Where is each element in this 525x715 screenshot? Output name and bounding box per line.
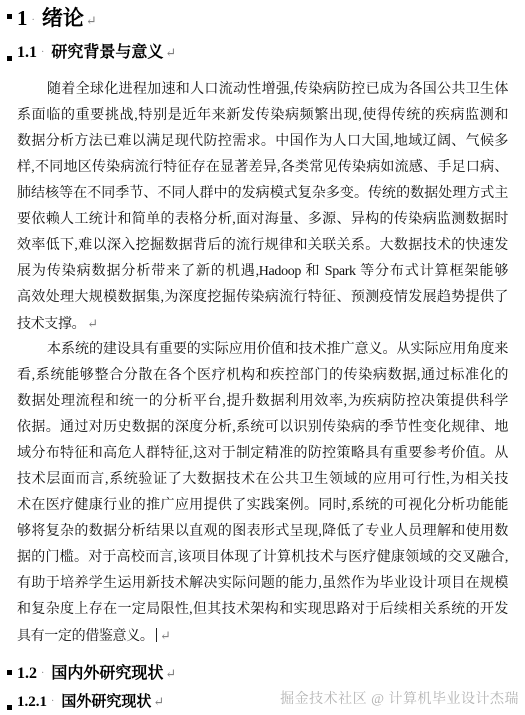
- paragraph-1: 随着全球化进程加速和人口流动性增强,传染病防控已成为各国公共卫生体 系面临的重要…: [17, 77, 508, 337]
- body-line[interactable]: 本系统的建设具有重要的实际应用价值和技术推广意义。从实际应用角度来: [17, 337, 508, 363]
- heading-section-1-2[interactable]: 1.2·国内外研究现状↵: [17, 664, 508, 684]
- paragraph-2: 本系统的建设具有重要的实际应用价值和技术推广意义。从实际应用角度来 看,系统能够…: [17, 337, 508, 649]
- body-line[interactable]: 肺结核等在不同季节、不同人群中的发病模式复杂多变。传统的数据处理方式主: [17, 181, 508, 207]
- tab-mark-icon: ·: [32, 15, 35, 26]
- body-line[interactable]: 数据处理流程和统一的分析平台,提升数据利用效率,为疾病防控决策提供科学: [17, 389, 508, 415]
- body-line[interactable]: 术在医疗健康行业的推广应用提供了实践案例。同时,系统的可视化分析功能能: [17, 493, 508, 519]
- body-line[interactable]: 看,系统能够整合分散在各个医疗机构和疾控部门的传染病数据,通过标准化的: [17, 363, 508, 389]
- paragraph-mark-icon: ↵: [86, 13, 97, 28]
- text-caret: [156, 628, 158, 642]
- body-line[interactable]: 展为传染病数据分析带来了新的机遇,Hadoop 和 Spark 等分布式计算框架…: [17, 259, 508, 285]
- tab-mark-icon: ·: [41, 47, 44, 58]
- outline-square-icon: [7, 56, 12, 61]
- paragraph-mark-icon: ↵: [165, 666, 176, 681]
- outline-square-icon: [7, 670, 12, 675]
- body-line[interactable]: 依据。通过对历史数据的深度分析,系统可以识别传染病的季节性变化规律、地: [17, 415, 508, 441]
- heading-number: 1.2.1: [17, 694, 47, 710]
- body-text: 随着全球化进程加速和人口流动性增强,传染病防控已成为各国公共卫生体 系面临的重要…: [17, 77, 508, 649]
- paragraph-mark-icon: ↵: [160, 628, 171, 643]
- body-line[interactable]: 随着全球化进程加速和人口流动性增强,传染病防控已成为各国公共卫生体: [17, 77, 508, 103]
- tab-mark-icon: ·: [41, 668, 44, 679]
- heading-section-1-1[interactable]: 1.1·研究背景与意义↵: [17, 43, 508, 63]
- body-line[interactable]: 效率低下,难以深入挖掘数据背后的流行规律和关联关系。大数据技术的快速发: [17, 233, 508, 259]
- body-line[interactable]: 要依赖人工统计和简单的表格分析,面对海量、多源、异构的传染病监测数据时: [17, 207, 508, 233]
- heading-number: 1: [17, 6, 28, 30]
- outline-square-icon: [7, 14, 12, 19]
- heading-title: 绪论: [42, 6, 84, 30]
- body-line[interactable]: 技术层面而言,系统验证了大数据技术在公共卫生领域的应用可行性,为相关技: [17, 467, 508, 493]
- heading-title: 研究背景与意义: [51, 44, 163, 61]
- heading-number: 1.1: [17, 44, 37, 61]
- body-line[interactable]: 样,不同地区传染病流行特征存在显著差异,各类常见传染病如流感、手足口病、: [17, 155, 508, 181]
- watermark: 掘金技术社区 @ 计算机毕业设计杰瑞: [280, 688, 519, 708]
- document-page: 1·绪论↵ 1.1·研究背景与意义↵ 随着全球化进程加速和人口流动性增强,传染病…: [0, 0, 525, 715]
- body-line[interactable]: 数据分析方法已难以满足现代防控需求。中国作为人口大国,地域辽阔、气候多: [17, 129, 508, 155]
- body-line[interactable]: 系面临的重要挑战,特别是近年来新发传染病频繁出现,使得传统的疾病监测和: [17, 103, 508, 129]
- body-line[interactable]: 具有一定的借鉴意义。↵: [17, 623, 508, 649]
- heading-chapter-1[interactable]: 1·绪论↵: [17, 5, 508, 31]
- body-line[interactable]: 和复杂度上存在一定局限性,但其技术架构和实现思路对于后续相关系统的开发: [17, 597, 508, 623]
- body-line[interactable]: 域分布特征和高危人群特征,这对于制定精准的防控策略具有重要参考价值。从: [17, 441, 508, 467]
- heading-number: 1.2: [17, 665, 37, 682]
- outline-square-icon: [7, 705, 12, 710]
- heading-title: 国外研究现状: [61, 694, 151, 710]
- body-line[interactable]: 高效处理大规模数据集,为深度挖掘传染病流行特征、预测疫情发展趋势提供了: [17, 285, 508, 311]
- tab-mark-icon: ·: [51, 696, 54, 707]
- body-line[interactable]: 据的门槛。对于高校而言,该项目体现了计算机技术与医疗健康领域的交叉融合,: [17, 545, 508, 571]
- body-line[interactable]: 技术支撑。↵: [17, 311, 508, 337]
- paragraph-mark-icon: ↵: [153, 694, 164, 709]
- paragraph-mark-icon: ↵: [165, 45, 176, 60]
- body-line[interactable]: 够将复杂的数据分析结果以直观的图表形式呈现,降低了专业人员理解和使用数: [17, 519, 508, 545]
- body-line[interactable]: 有助于培养学生运用新技术解决实际问题的能力,虽然作为毕业设计项目在规模: [17, 571, 508, 597]
- paragraph-mark-icon: ↵: [87, 316, 98, 331]
- heading-title: 国内外研究现状: [51, 665, 163, 682]
